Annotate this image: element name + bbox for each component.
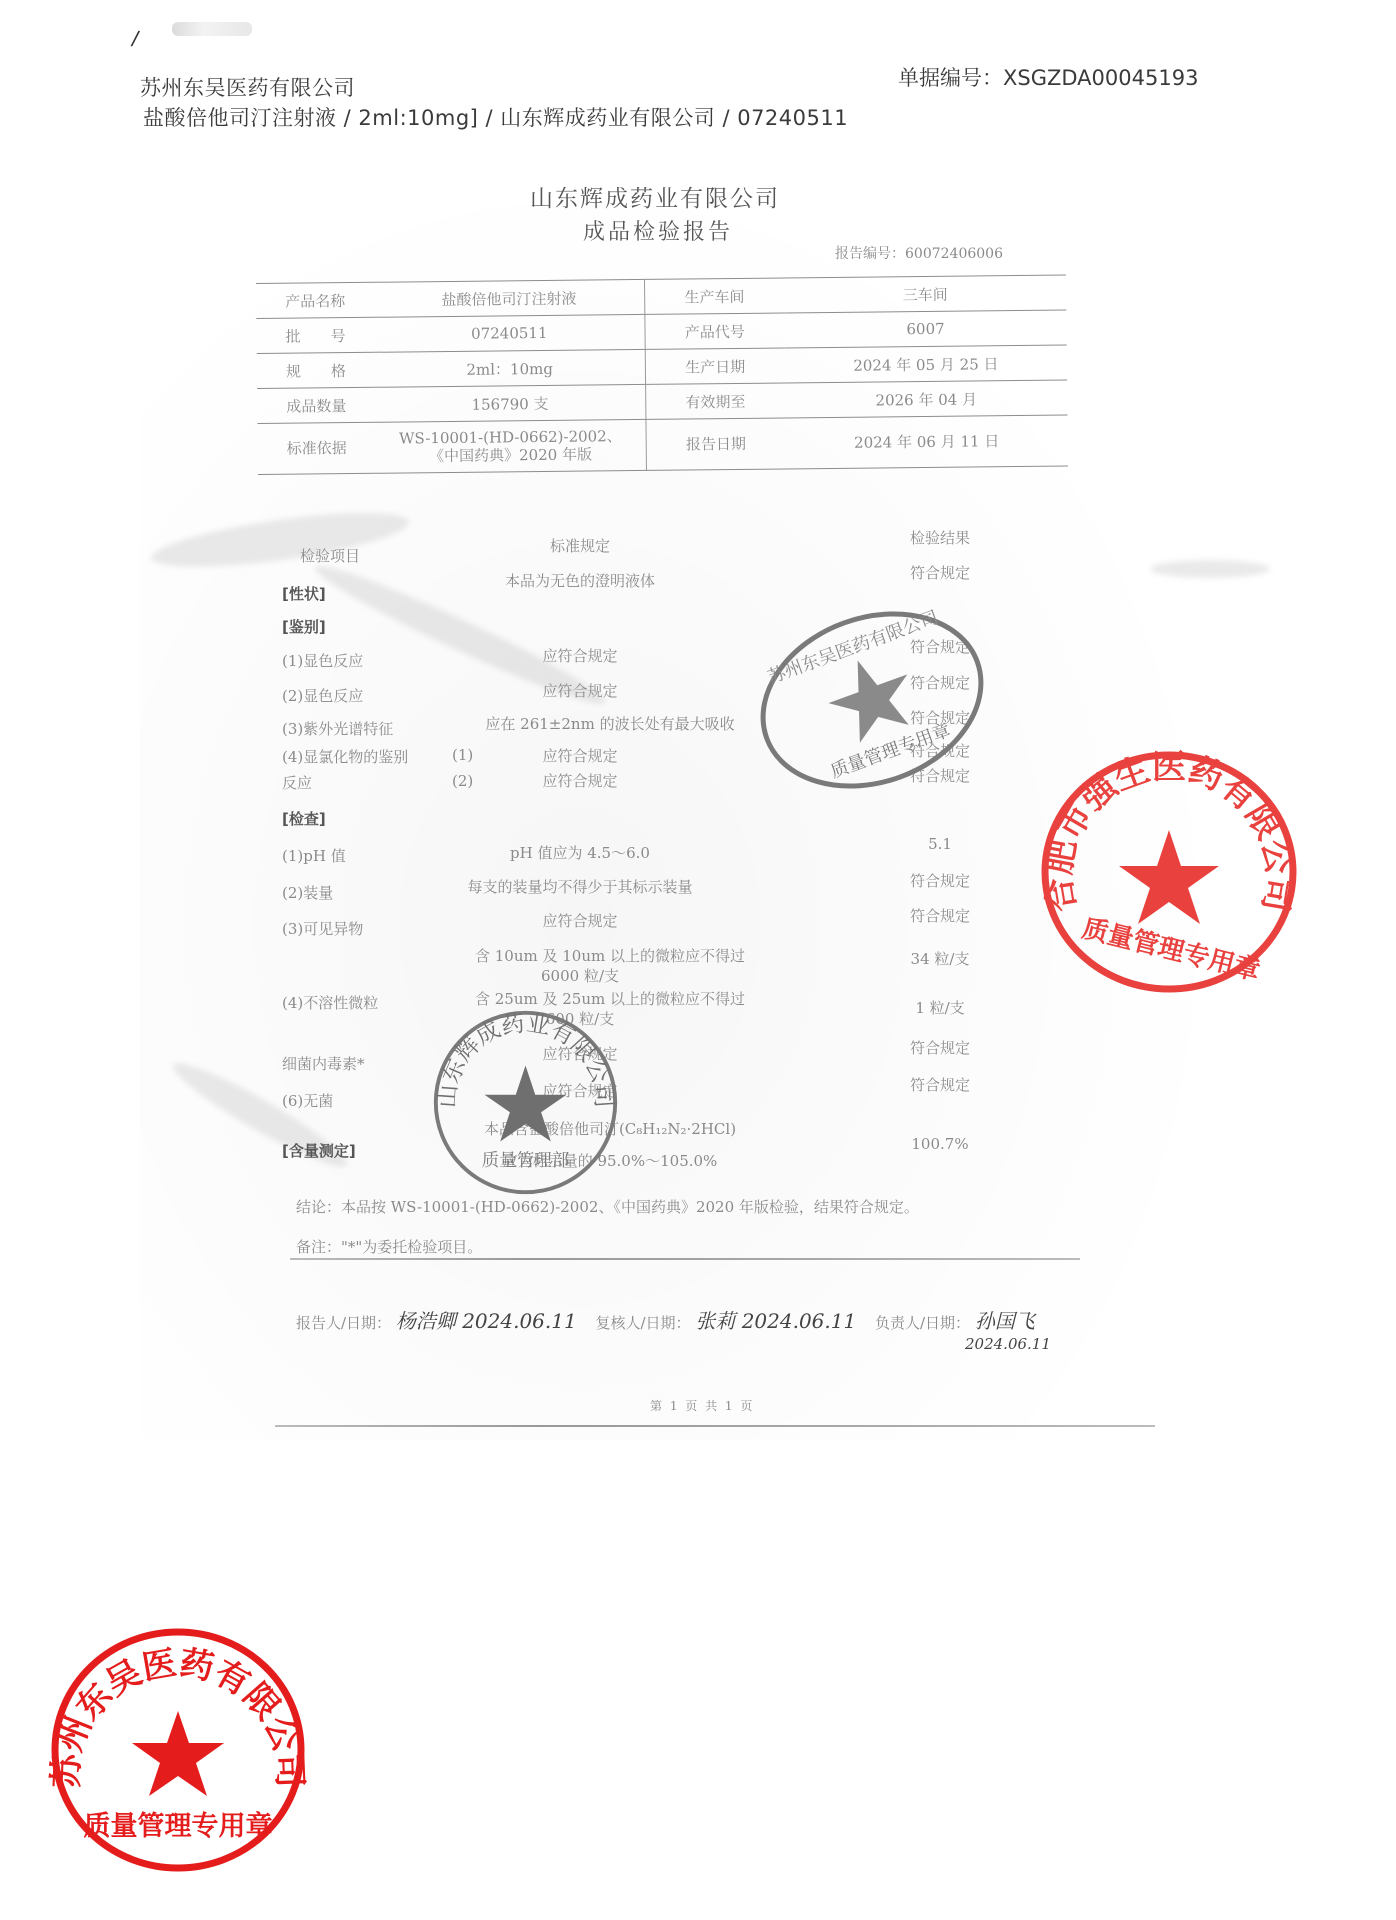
staple-mark <box>172 22 252 36</box>
report-company: 山东辉成药业有限公司 <box>530 180 780 213</box>
svg-text:质量管理部: 质量管理部 <box>482 1151 570 1171</box>
report-title: 成品检验报告 <box>583 215 733 246</box>
section-examination: [检查] <box>282 808 326 829</box>
approver-date: 2024.06.11 <box>965 1335 1051 1353</box>
reviewer-signature: 张莉 2024.06.11 <box>695 1309 856 1333</box>
section-character: [性状] <box>282 583 326 604</box>
pen-mark: / <box>130 26 141 51</box>
remark: 备注："*"为委托检验项目。 <box>296 1236 482 1257</box>
info-row: 标准依据 WS-10001-(HD-0662)-2002、《中国药典》2020 … <box>257 415 1067 474</box>
product-line: 盐酸倍他司汀注射液 / 2ml:10mg] / 山东辉成药业有限公司 / 072… <box>143 102 848 132</box>
report-number: 报告编号：60072406006 <box>835 243 1003 263</box>
svg-text:质量管理专用章: 质量管理专用章 <box>84 1810 273 1842</box>
approver-signature: 孙国飞 <box>975 1309 1035 1333</box>
gray-company-stamp: 山东辉成药业有限公司 质量管理部 <box>428 1005 623 1200</box>
document-number-value: XSGZDA00045193 <box>1003 66 1198 90</box>
divider <box>290 1258 1080 1260</box>
reporter-signature: 杨浩卿 2024.06.11 <box>396 1309 577 1333</box>
section-identification: [鉴别] <box>282 616 326 637</box>
col-header-standard: 标准规定 <box>400 535 760 556</box>
document-number-label: 单据编号： <box>898 66 1003 90</box>
hefei-red-stamp: 合肥市强生医药有限公司 质量管理专用章 <box>1038 748 1300 996</box>
signature-row: 报告人/日期： 杨浩卿 2024.06.11 复核人/日期： 张莉 2024.0… <box>296 1305 1035 1334</box>
recipient-company: 苏州东吴医药有限公司 <box>140 72 355 102</box>
document-number: 单据编号：XSGZDA00045193 <box>898 62 1198 92</box>
col-header-result: 检验结果 <box>860 527 1020 548</box>
page-bottom-edge <box>275 1425 1155 1427</box>
suzhou-red-stamp: 苏州东吴医药有限公司 质量管理专用章 <box>48 1625 308 1875</box>
page-indicator: 第 1 页 共 1 页 <box>650 1397 754 1414</box>
section-assay: [含量测定] <box>282 1140 356 1161</box>
product-info-table: 产品名称 盐酸倍他司汀注射液 生产车间 三车间 批 号 07240511 产品代… <box>256 275 1068 475</box>
col-header-item: 检验项目 <box>300 545 360 566</box>
